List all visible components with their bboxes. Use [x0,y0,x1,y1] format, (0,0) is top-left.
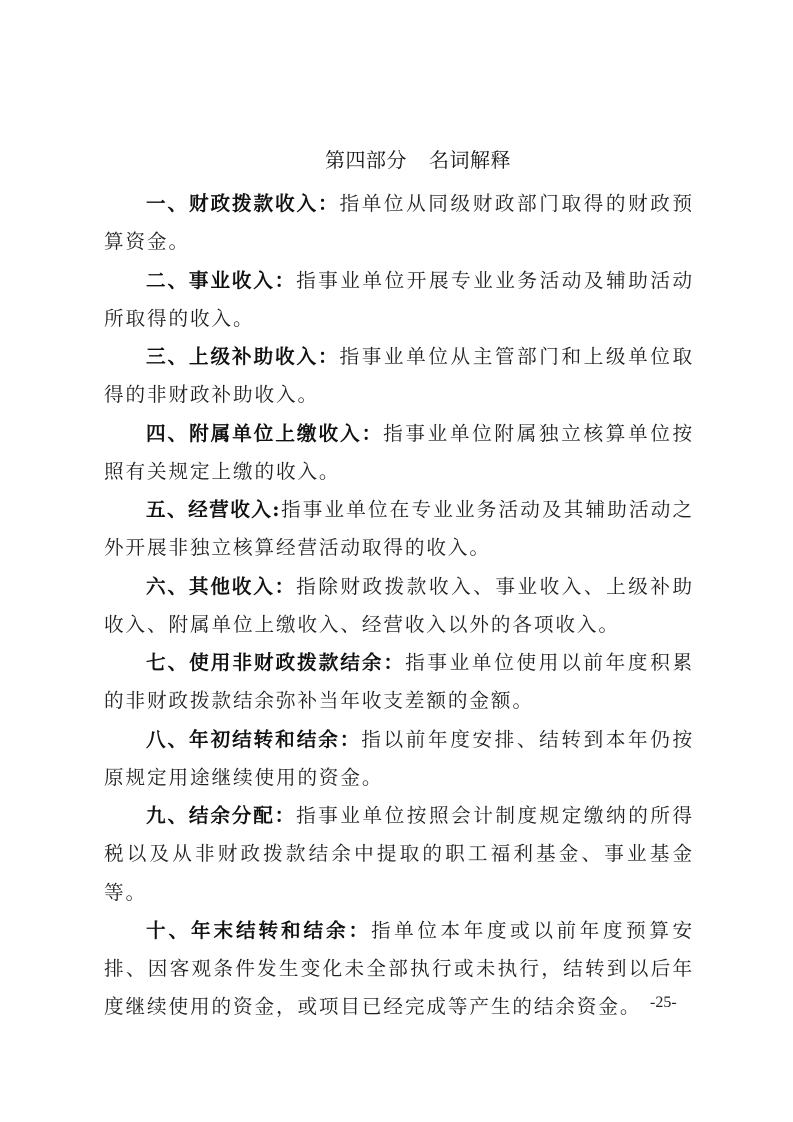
definition-term: 三、上级补助收入： [146,345,340,368]
page-number: -25- [650,993,677,1013]
definition-item: 三、上级补助收入：指事业单位从主管部门和上级单位取得的非财政补助收入。 [104,338,694,415]
definition-item: 九、结余分配：指事业单位按照会计制度规定缴纳的所得税以及从非财政拨款结余中提取的… [104,797,694,912]
definition-item: 十、年末结转和结余：指单位本年度或以前年度预算安排、因客观条件发生变化未全部执行… [104,912,694,1027]
definition-item: 六、其他收入：指除财政拨款收入、事业收入、上级补助收入、附属单位上缴收入、经营收… [104,568,694,645]
definition-item: 四、附属单位上缴收入：指事业单位附属独立核算单位按照有关规定上缴的收入。 [104,415,694,492]
definition-term: 六、其他收入： [146,575,296,598]
definition-item: 七、使用非财政拨款结余：指事业单位使用以前年度积累的非财政拨款结余弥补当年收支差… [104,644,694,721]
definition-term: 四、附属单位上缴收入： [146,422,383,445]
definition-item: 八、年初结转和结余：指以前年度安排、结转到本年仍按原规定用途继续使用的资金。 [104,721,694,798]
section-title-name: 名词解释 [429,148,511,172]
definition-term: 一、财政拨款收入： [146,192,340,215]
definition-item: 五、经营收入:指事业单位在专业业务活动及其辅助活动之外开展非独立核算经营活动取得… [104,491,694,568]
document-page: 第四部分名词解释 一、财政拨款收入：指单位从同级财政部门取得的财政预算资金。 二… [0,0,793,1122]
definition-term: 九、结余分配： [146,804,296,827]
definition-term: 八、年初结转和结余： [146,728,361,751]
definition-term: 十、年末结转和结余： [146,919,371,942]
definition-item: 二、事业收入：指事业单位开展专业业务活动及辅助活动所取得的收入。 [104,262,694,339]
definition-term: 七、使用非财政拨款结余： [146,651,405,674]
definition-term: 二、事业收入： [146,269,296,292]
section-title-part: 第四部分 [325,148,407,172]
definitions-list: 一、财政拨款收入：指单位从同级财政部门取得的财政预算资金。 二、事业收入：指事业… [104,185,694,1027]
section-title: 第四部分名词解释 [0,146,793,174]
definition-item: 一、财政拨款收入：指单位从同级财政部门取得的财政预算资金。 [104,185,694,262]
definition-term: 五、经营收入: [146,498,281,521]
